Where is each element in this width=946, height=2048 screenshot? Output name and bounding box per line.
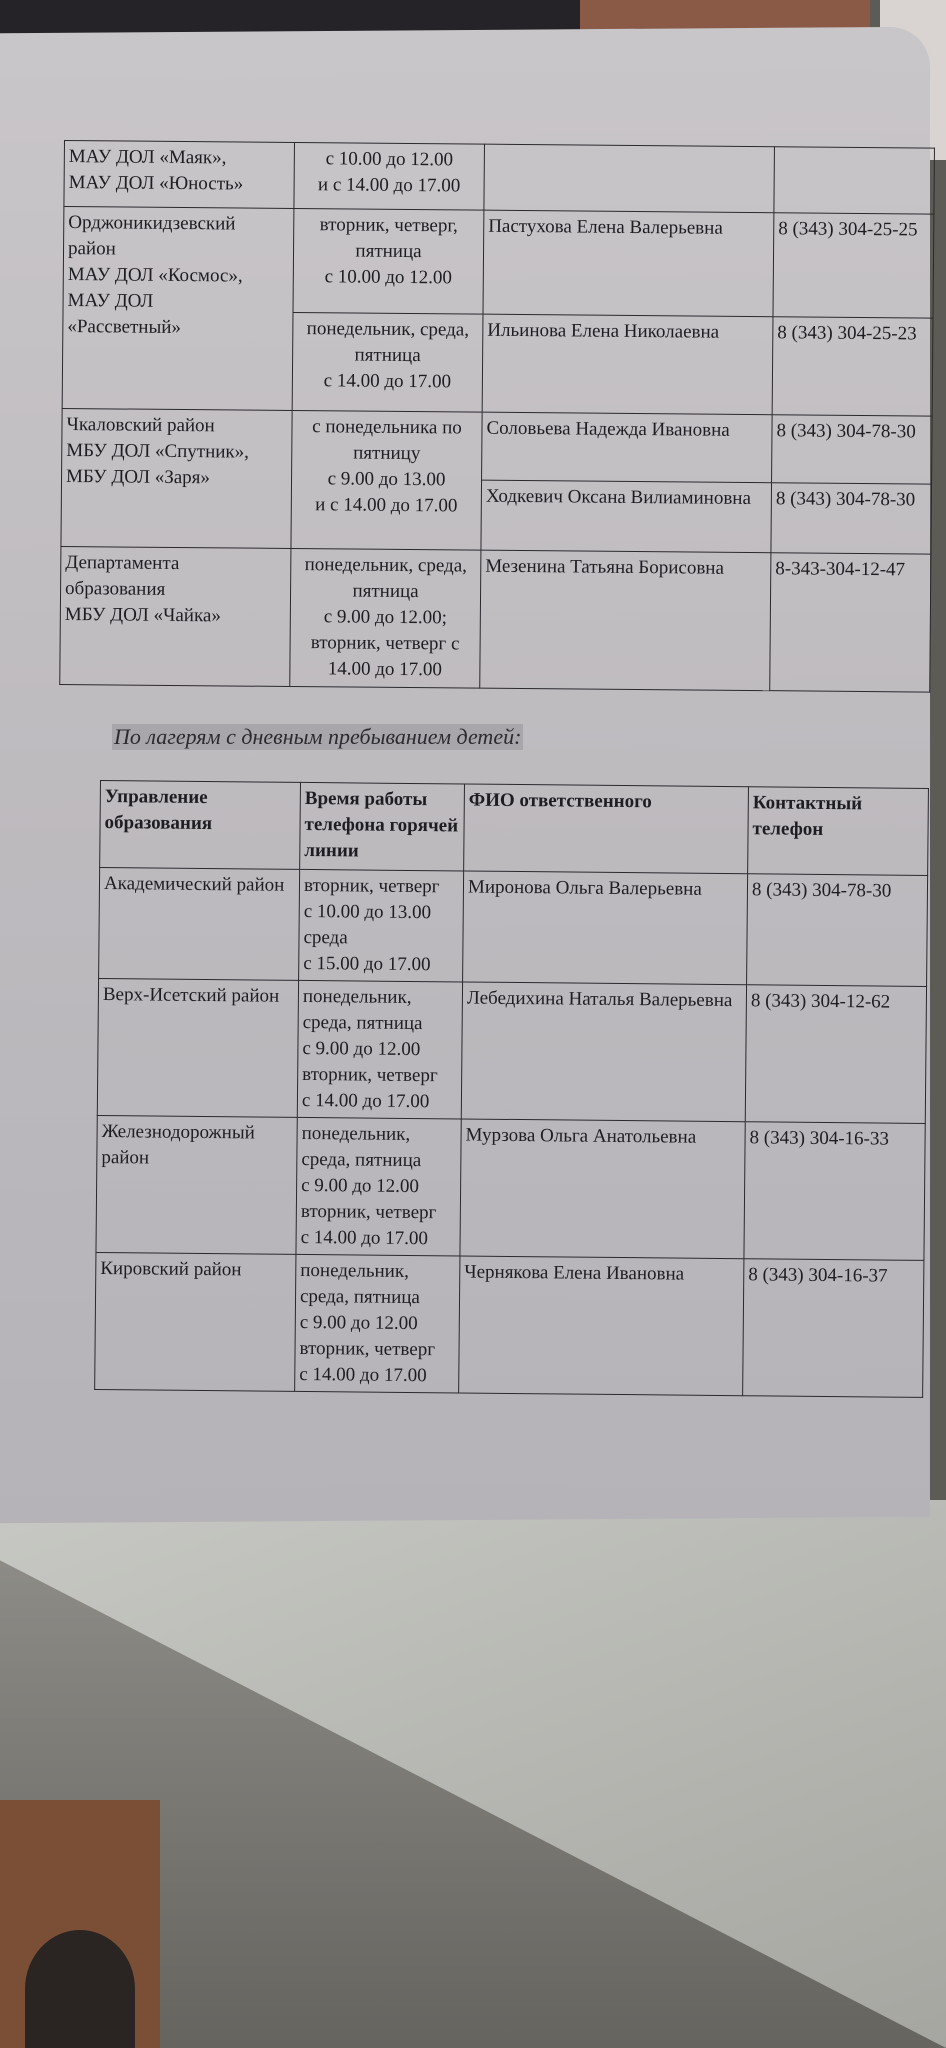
table-row: Железнодорожный район понедельник, среда… bbox=[96, 1115, 925, 1260]
schedule-line: пятница bbox=[297, 342, 478, 370]
header-cell: Управление образования bbox=[100, 781, 301, 870]
schedule-line: понедельник, среда, bbox=[295, 552, 476, 580]
table-row: МАУ ДОЛ «Маяк», МАУ ДОЛ «Юность» с 10.00… bbox=[64, 141, 935, 215]
org-line: образования bbox=[65, 576, 286, 604]
schedule-line: с 9.00 до 12.00 bbox=[301, 1173, 456, 1200]
schedule-line: вторник, четверг bbox=[299, 1336, 454, 1363]
schedule-line: с 14.00 до 17.00 bbox=[300, 1225, 455, 1252]
org-line: МБУ ДОЛ «Спутник», bbox=[66, 438, 287, 466]
header-cell: Контактный телефон bbox=[748, 787, 929, 876]
org-line: Орджоникидзевский bbox=[68, 210, 289, 238]
name-cell: Мезенина Татьяна Борисовна bbox=[480, 550, 771, 691]
phone-cell: 8 (343) 304-16-37 bbox=[743, 1259, 924, 1398]
schedule-line: понедельник, bbox=[303, 984, 458, 1011]
schedule-cell: понедельник, среда, пятница с 9.00 до 12… bbox=[296, 1117, 461, 1256]
schedule-line: с 10.00 до 12.00 bbox=[298, 264, 479, 292]
org-cell: Департамента образования МБУ ДОЛ «Чайка» bbox=[60, 546, 291, 686]
schedule-line: с 14.00 до 17.00 bbox=[297, 368, 478, 396]
schedule-line: пятницу bbox=[296, 440, 477, 468]
schedule-line: вторник, четверг bbox=[301, 1199, 456, 1226]
org-line: МБУ ДОЛ «Заря» bbox=[66, 464, 287, 492]
district-cell: Верх-Исетский район bbox=[97, 978, 298, 1117]
schedule-line: среда, пятница bbox=[301, 1147, 456, 1174]
table-row: Чкаловский район МБУ ДОЛ «Спутник», МБУ … bbox=[62, 408, 933, 484]
name-cell bbox=[484, 144, 775, 213]
table-row: Верх-Исетский район понедельник, среда, … bbox=[97, 978, 926, 1123]
schedule-cell: с 10.00 до 12.00 и с 14.00 до 17.00 bbox=[294, 143, 485, 211]
table-row: Орджоникидзевский район МАУ ДОЛ «Космос»… bbox=[63, 207, 934, 319]
background-object bbox=[25, 1930, 135, 2048]
document: МАУ ДОЛ «Маяк», МАУ ДОЛ «Юность» с 10.00… bbox=[0, 0, 946, 1500]
schedule-line: вторник, четверг, bbox=[298, 212, 479, 240]
org-line: МАУ ДОЛ «Космос», bbox=[68, 262, 289, 290]
table-row: Академический район вторник, четверг с 1… bbox=[99, 868, 928, 987]
section-title: По лагерям с дневным пребыванием детей: bbox=[112, 724, 523, 750]
schedule-line: с 9.00 до 12.00 bbox=[300, 1310, 455, 1337]
phone-cell: 8 (343) 304-16-33 bbox=[744, 1122, 925, 1261]
schedule-line: с 9.00 до 12.00; bbox=[295, 604, 476, 632]
phone-cell: 8 (343) 304-78-30 bbox=[747, 874, 928, 987]
camps-contacts-table: МАУ ДОЛ «Маяк», МАУ ДОЛ «Юность» с 10.00… bbox=[59, 140, 935, 693]
schedule-cell: понедельник, среда, пятница с 9.00 до 12… bbox=[290, 548, 481, 688]
org-line: Чкаловский район bbox=[66, 412, 287, 440]
schedule-line: с 14.00 до 17.00 bbox=[302, 1088, 457, 1115]
schedule-cell: понедельник, среда, пятница с 9.00 до 12… bbox=[297, 980, 462, 1119]
org-line: МАУ ДОЛ «Юность» bbox=[69, 170, 290, 198]
schedule-cell: вторник, четверг, пятница с 10.00 до 12.… bbox=[293, 209, 484, 315]
name-cell: Лебедихина Наталья Валерьевна bbox=[461, 982, 746, 1122]
schedule-cell: вторник, четверг с 10.00 до 13.00 среда … bbox=[299, 869, 464, 982]
schedule-line: понедельник, среда, bbox=[297, 316, 478, 344]
org-line: МАУ ДОЛ «Маяк», bbox=[69, 144, 290, 172]
table-row: Департамента образования МБУ ДОЛ «Чайка»… bbox=[60, 546, 931, 692]
district-cell: Железнодорожный район bbox=[96, 1115, 297, 1254]
phone-cell: 8 (343) 304-25-25 bbox=[773, 213, 934, 318]
schedule-cell: понедельник, среда, пятница с 9.00 до 12… bbox=[295, 1254, 460, 1393]
schedule-line: с 9.00 до 12.00 bbox=[302, 1036, 457, 1063]
schedule-line: пятница bbox=[298, 238, 479, 266]
header-cell: Время работы телефона горячей линии bbox=[300, 782, 465, 871]
schedule-line: понедельник, bbox=[300, 1258, 455, 1285]
district-cell: Академический район bbox=[99, 868, 300, 981]
schedule-line: вторник, четверг с bbox=[295, 630, 476, 658]
district-cell: Кировский район bbox=[95, 1252, 296, 1391]
org-cell: Чкаловский район МБУ ДОЛ «Спутник», МБУ … bbox=[61, 408, 292, 548]
schedule-line: с 15.00 до 17.00 bbox=[303, 951, 458, 978]
schedule-line: пятница bbox=[295, 578, 476, 606]
org-line: МАУ ДОЛ bbox=[67, 288, 288, 316]
phone-cell: 8 (343) 304-78-30 bbox=[772, 415, 933, 484]
phone-cell bbox=[774, 147, 935, 214]
schedule-line: вторник, четверг bbox=[302, 1062, 457, 1089]
table-header-row: Управление образования Время работы теле… bbox=[100, 781, 929, 876]
schedule-line: вторник, четверг bbox=[304, 873, 459, 900]
schedule-line: среда, пятница bbox=[300, 1284, 455, 1311]
org-line: «Рассветный» bbox=[67, 314, 288, 342]
schedule-cell: с понедельника по пятницу с 9.00 до 13.0… bbox=[291, 411, 482, 551]
name-cell: Чернякова Елена Ивановна bbox=[459, 1256, 744, 1396]
schedule-line: среда bbox=[303, 925, 458, 952]
schedule-line: и с 14.00 до 17.00 bbox=[296, 492, 477, 520]
schedule-line: с 9.00 до 13.00 bbox=[296, 466, 477, 494]
org-cell: МАУ ДОЛ «Маяк», МАУ ДОЛ «Юность» bbox=[64, 141, 295, 209]
schedule-cell: понедельник, среда, пятница с 14.00 до 1… bbox=[292, 313, 483, 413]
header-cell: ФИО ответственного bbox=[464, 784, 749, 874]
schedule-line: с 10.00 до 13.00 bbox=[304, 899, 459, 926]
schedule-line: с понедельника по bbox=[296, 414, 477, 442]
schedule-line: и с 14.00 до 17.00 bbox=[299, 172, 480, 200]
org-line: Департамента bbox=[65, 550, 286, 578]
day-camps-table: Управление образования Время работы теле… bbox=[94, 780, 929, 1398]
table-row: Кировский район понедельник, среда, пятн… bbox=[95, 1252, 924, 1397]
name-cell: Ходкевич Оксана Вилиаминовна bbox=[481, 480, 772, 553]
name-cell: Миронова Ольга Валерьевна bbox=[463, 871, 748, 985]
name-cell: Пастухова Елена Валерьевна bbox=[483, 210, 774, 317]
name-cell: Мурзова Ольга Анатольевна bbox=[460, 1119, 745, 1259]
org-cell: Орджоникидзевский район МАУ ДОЛ «Космос»… bbox=[62, 207, 294, 411]
phone-cell: 8 (343) 304-12-62 bbox=[745, 985, 926, 1124]
schedule-line: 14.00 до 17.00 bbox=[294, 656, 475, 684]
org-line: МБУ ДОЛ «Чайка» bbox=[65, 602, 286, 630]
phone-cell: 8-343-304-12-47 bbox=[770, 553, 931, 692]
name-cell: Ильинова Елена Николаевна bbox=[482, 314, 773, 415]
name-cell: Соловьева Надежда Ивановна bbox=[482, 412, 773, 483]
schedule-line: с 14.00 до 17.00 bbox=[299, 1362, 454, 1389]
schedule-line: среда, пятница bbox=[303, 1010, 458, 1037]
schedule-line: понедельник, bbox=[301, 1121, 456, 1148]
phone-cell: 8 (343) 304-78-30 bbox=[771, 483, 932, 554]
org-line: район bbox=[68, 236, 289, 264]
phone-cell: 8 (343) 304-25-23 bbox=[772, 317, 933, 416]
schedule-line: с 10.00 до 12.00 bbox=[299, 146, 480, 174]
